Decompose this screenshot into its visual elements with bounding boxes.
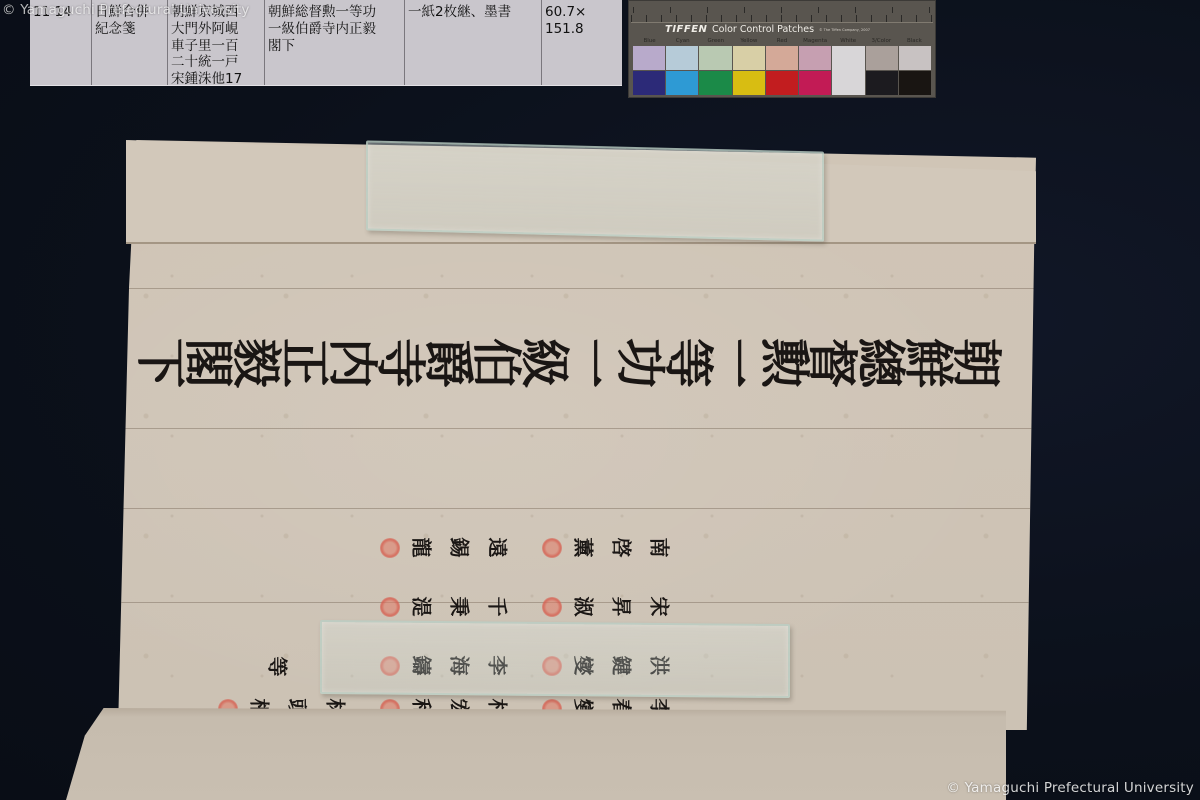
color-patch-green	[699, 46, 731, 70]
signatory-name: 南啓薰	[542, 533, 680, 562]
color-patch-red	[766, 46, 798, 70]
patch-label-red: Red	[765, 38, 798, 46]
ruler-inch-ticks	[633, 7, 931, 13]
signatory-char: 秉	[447, 597, 476, 617]
glass-weight-top	[366, 140, 824, 241]
honorific-char: 閣	[183, 338, 233, 388]
calligraphy-char: 總	[855, 338, 905, 388]
patch-label-black: Black	[898, 38, 931, 46]
calligraphy-char: 寺	[375, 338, 425, 388]
color-control-chart: TIFFEN Color Control Patches © The Tiffe…	[628, 0, 936, 98]
calligraphy-char: 毅	[231, 338, 281, 388]
calligraphy-char: 伯	[471, 338, 521, 388]
signatory-char: 湜	[409, 597, 438, 617]
dimensions-cell: 60.7× 151.8	[542, 0, 622, 85]
closing-mark: 等	[236, 652, 298, 681]
signatory-name: 遠錫龍	[380, 533, 518, 562]
color-patch-cyan	[666, 71, 698, 95]
calligraphy-char: 一	[567, 338, 617, 388]
calligraphy-char: 功	[615, 338, 665, 388]
color-patch-3-color	[866, 71, 898, 95]
signatory-char: 錫	[447, 538, 476, 558]
calligraphy-char: 正	[279, 338, 329, 388]
patch-labels: Blue Cyan Green Yellow Red Magenta White…	[633, 38, 931, 46]
format-cell: 一紙2枚継、墨書	[405, 0, 542, 85]
red-seal-icon	[380, 597, 400, 617]
signatory-char: 遠	[485, 538, 514, 558]
color-patch-blue	[633, 46, 665, 70]
color-patch-black	[899, 71, 931, 95]
color-patch-yellow	[733, 46, 765, 70]
signatory-char: 千	[485, 597, 514, 617]
patch-label-yellow: Yellow	[732, 38, 765, 46]
color-patch-black	[899, 46, 931, 70]
patch-label-cyan: Cyan	[666, 38, 699, 46]
tiffen-logo: TIFFEN	[665, 24, 707, 35]
signatory-char: 昇	[609, 597, 638, 617]
color-patches-grid	[633, 46, 931, 95]
color-patch-cyan	[666, 46, 698, 70]
signatory-char: 龍	[409, 538, 438, 558]
copyright-watermark-top: © Yamaguchi Prefectural University	[2, 2, 250, 18]
signatory-char: 啓	[609, 538, 638, 558]
calligraphy-char: 督	[807, 338, 857, 388]
signatory-char: 淑	[571, 597, 600, 617]
calligraphy-char: 鮮	[903, 338, 953, 388]
signatory-char: 薰	[571, 538, 600, 558]
color-patch-yellow	[733, 71, 765, 95]
recipient-cell: 朝鮮総督勲一等功 一級伯爵寺内正毅 閣下	[265, 0, 405, 85]
calligraphy-char: 一	[711, 338, 761, 388]
color-patch-white	[832, 46, 864, 95]
color-patch-magenta	[799, 46, 831, 70]
overlapping-sheet	[66, 708, 1006, 800]
glass-weight-bottom	[320, 620, 790, 698]
chart-copyright: © The Tiffen Company, 2007	[819, 28, 870, 32]
color-patch-red	[766, 71, 798, 95]
red-seal-icon	[380, 538, 400, 558]
calligraphy-char: 爵	[423, 338, 473, 388]
calligraphy-char: 朝	[951, 338, 1001, 388]
signatory-char: 南	[647, 538, 676, 558]
honorific-char: 下	[135, 338, 185, 388]
signatory-name: 宋昇淑	[542, 592, 680, 621]
signatory-name: 千秉湜	[380, 592, 518, 621]
red-seal-icon	[542, 597, 562, 617]
red-seal-icon	[542, 538, 562, 558]
chart-title: Color Control Patches	[712, 24, 814, 35]
ruler	[631, 5, 933, 23]
patch-label-blue: Blue	[633, 38, 666, 46]
calligraphy-char: 等	[663, 338, 713, 388]
calligraphy-char: 級	[519, 338, 569, 388]
patch-label-white: White	[832, 38, 865, 46]
calligraphy-char: 内	[327, 338, 377, 388]
color-patch-green	[699, 71, 731, 95]
signatory-char: 宋	[647, 597, 676, 617]
signatory-column: 宋昇淑千秉湜	[350, 592, 680, 621]
patch-label-3color: 3/Color	[865, 38, 898, 46]
color-patch-3-color	[866, 46, 898, 70]
color-patch-blue	[633, 71, 665, 95]
fold-line	[118, 288, 1036, 289]
closing-char: 等	[265, 657, 294, 677]
patch-label-green: Green	[699, 38, 732, 46]
copyright-watermark-bottom: © Yamaguchi Prefectural University	[946, 780, 1194, 796]
color-patch-magenta	[799, 71, 831, 95]
signatory-column: 南啓薰遠錫龍	[350, 533, 680, 562]
fold-line	[118, 428, 1036, 429]
patch-label-magenta: Magenta	[799, 38, 832, 46]
addressee-calligraphy: 朝鮮總督勲一等功一級伯爵寺内正毅閣下	[150, 318, 1000, 408]
fold-line	[118, 508, 1036, 509]
calligraphy-char: 勲	[759, 338, 809, 388]
